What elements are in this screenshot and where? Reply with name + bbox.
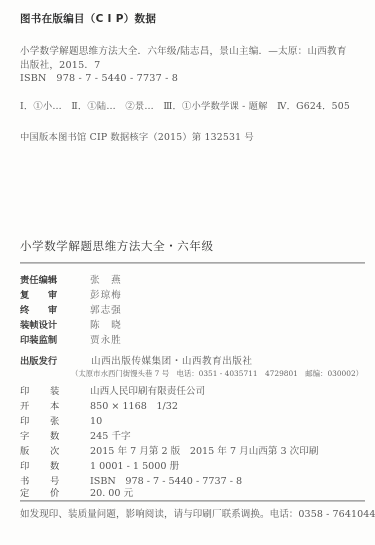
credit-row-final-review: 终 审郭志强 — [20, 302, 122, 316]
credit-value: 陈 晓 — [90, 317, 122, 331]
cip-entry-line-1: 小学数学解题思维方法大全．六年级/陆志昌，景山主编．—太原：山西教育 — [20, 43, 347, 57]
credit-label: 终 审 — [20, 302, 70, 316]
credit-label: 责任编辑 — [20, 272, 70, 286]
spec-row-print-run: 印数1 0001 - 1 5000 册 — [20, 458, 179, 472]
credit-label: 复 审 — [20, 287, 70, 301]
credit-value: 张 燕 — [90, 272, 122, 286]
spec-row-printer: 印装山西人民印刷有限责任公司 — [20, 383, 205, 397]
spec-value: 10 — [90, 416, 102, 427]
spec-row-format: 开本850 × 1168 1/32 — [20, 398, 178, 412]
credit-value: 贾永胜 — [90, 332, 122, 346]
credit-row-editor: 责任编辑张 燕 — [20, 272, 122, 286]
spec-label: 定 — [20, 485, 50, 499]
spec-label: 印 — [20, 413, 50, 427]
publisher-value: 山西出版传媒集团・山西教育出版社 — [91, 353, 253, 367]
credit-value: 彭琼梅 — [90, 287, 122, 301]
spec-label: 价 — [50, 485, 70, 499]
cip-classification: Ⅰ．①小… Ⅱ．①陆… ②景… Ⅲ．①小学数学课 - 题解 Ⅳ．G624．505 — [20, 98, 350, 112]
spec-value: 山西人民印刷有限责任公司 — [90, 383, 205, 397]
publisher-address: （太原市水西门街馒头巷 7 号 电话：0351 - 4035711 472980… — [71, 368, 363, 379]
credit-row-review: 复 审彭琼梅 — [20, 287, 122, 301]
spec-label: 次 — [50, 443, 70, 457]
spec-label: 版 — [20, 443, 50, 457]
spec-label: 字 — [20, 428, 50, 442]
cip-entry-line-2: 出版社，2015．7 — [20, 57, 101, 71]
spec-value: 850 × 1168 1/32 — [90, 398, 178, 412]
quality-notice: 如发现印、装质量问题，影响阅读，请与印刷厂联系调换。电话：0358 - 7641… — [20, 506, 375, 520]
title-divider — [20, 262, 365, 264]
credit-label: 装帧设计 — [20, 317, 70, 331]
publisher-row: 出版发行山西出版传媒集团・山西教育出版社 — [20, 353, 253, 367]
spec-label: 开 — [20, 398, 50, 412]
cip-heading: 图书在版编目（C I P）数据 — [20, 11, 156, 26]
spec-value: 1 0001 - 1 5000 册 — [90, 458, 179, 472]
spec-row-sheets: 印张10 — [20, 413, 102, 427]
spec-label: 数 — [50, 428, 70, 442]
cip-number: 中国版本图书馆 CIP 数据核字（2015）第 132531 号 — [20, 129, 254, 143]
spec-label: 本 — [50, 398, 70, 412]
cip-isbn: ISBN 978 - 7 - 5440 - 7737 - 8 — [20, 70, 178, 84]
credit-label: 印装监制 — [20, 332, 70, 346]
spec-row-word-count: 字数245 千字 — [20, 428, 131, 442]
spec-label: 装 — [50, 383, 70, 397]
spec-label: 印 — [20, 458, 50, 472]
spec-value: 20. 00 元 — [90, 485, 133, 499]
spec-value: 2015 年 7 月第 2 版 2015 年 7 月山西第 3 次印刷 — [90, 443, 318, 457]
credit-value: 郭志强 — [90, 302, 122, 316]
credit-row-design: 装帧设计陈 晓 — [20, 317, 122, 331]
spec-value: 245 千字 — [90, 428, 131, 442]
footer-divider — [20, 500, 365, 502]
book-title: 小学数学解题思维方法大全・六年级 — [20, 238, 214, 254]
publisher-label: 出版发行 — [20, 353, 70, 367]
spec-label: 数 — [50, 458, 70, 472]
credit-row-print-supervision: 印装监制贾永胜 — [20, 332, 122, 346]
spec-row-price: 定价20. 00 元 — [20, 485, 133, 499]
spec-label: 印 — [20, 383, 50, 397]
spec-label: 张 — [50, 413, 70, 427]
spec-row-edition: 版次2015 年 7 月第 2 版 2015 年 7 月山西第 3 次印刷 — [20, 443, 318, 457]
